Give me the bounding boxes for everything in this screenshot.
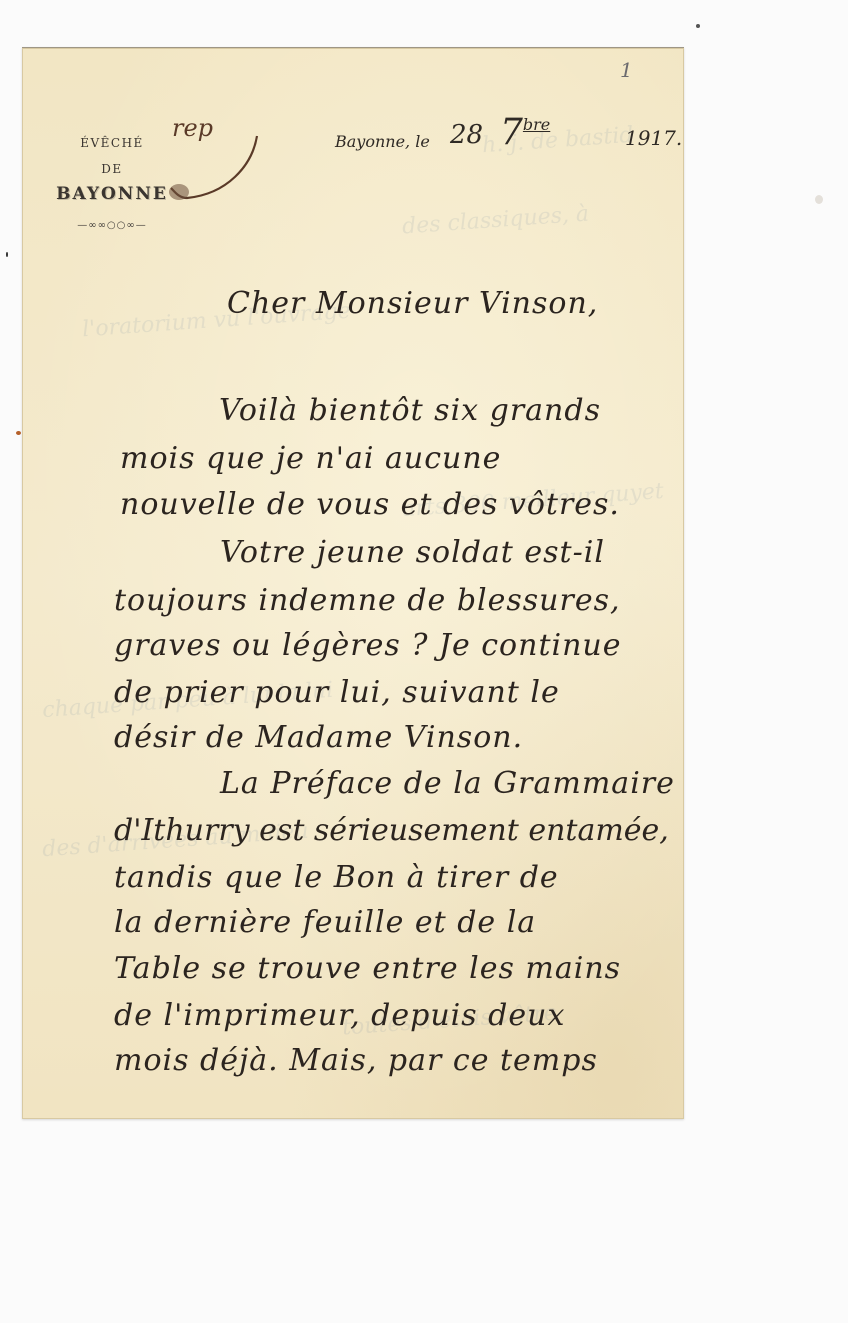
body-line: la dernière feuille et de la — [114, 905, 536, 940]
dateline-month: 7bre — [500, 112, 550, 153]
body-line: Votre jeune soldat est-il — [220, 535, 605, 570]
body-line: de prier pour lui, suivant le — [114, 675, 560, 710]
dateline: Bayonne, le 28 7bre 1917. — [335, 110, 680, 180]
dateline-place: Bayonne, le — [335, 132, 430, 151]
body-line: La Préface de la Grammaire — [220, 766, 675, 801]
body-line: graves ou légères ? Je continue — [114, 628, 621, 663]
dateline-month-suffix: bre — [523, 115, 550, 134]
dust-speck — [815, 195, 823, 204]
body-line: tandis que le Bon à tirer de — [114, 860, 559, 895]
annotation-flourish-icon — [157, 126, 267, 206]
body-line: nouvelle de vous et des vôtres. — [120, 487, 620, 522]
letterhead-ornament: —∞∞○○∞— — [62, 220, 162, 231]
scan-background: h. j. de bastid des classiques, à l'orat… — [0, 0, 848, 1323]
letter-page: h. j. de bastid des classiques, à l'orat… — [22, 47, 684, 1119]
salutation: Cher Monsieur Vinson, — [227, 286, 598, 321]
body-line: mois déjà. Mais, par ce temps — [114, 1043, 598, 1078]
body-line: de l'imprimeur, depuis deux — [114, 998, 565, 1033]
body-line: Table se trouve entre les mains — [114, 951, 621, 986]
body-line: Voilà bientôt six grands — [219, 393, 601, 428]
body-line: d'Ithurry est sérieusement entamée, — [114, 813, 669, 848]
body-line: désir de Madame Vinson. — [114, 720, 523, 755]
dust-speck — [16, 431, 21, 435]
body-line: mois que je n'ai aucune — [120, 441, 501, 476]
dateline-day: 28 — [450, 120, 483, 150]
page-number: 1 — [620, 58, 633, 82]
body-line: toujours indemne de blessures, — [114, 583, 621, 618]
dust-speck — [696, 24, 700, 28]
show-through-text: des classiques, à — [401, 202, 589, 240]
dateline-year: 1917. — [625, 126, 682, 150]
dust-speck — [6, 252, 8, 257]
